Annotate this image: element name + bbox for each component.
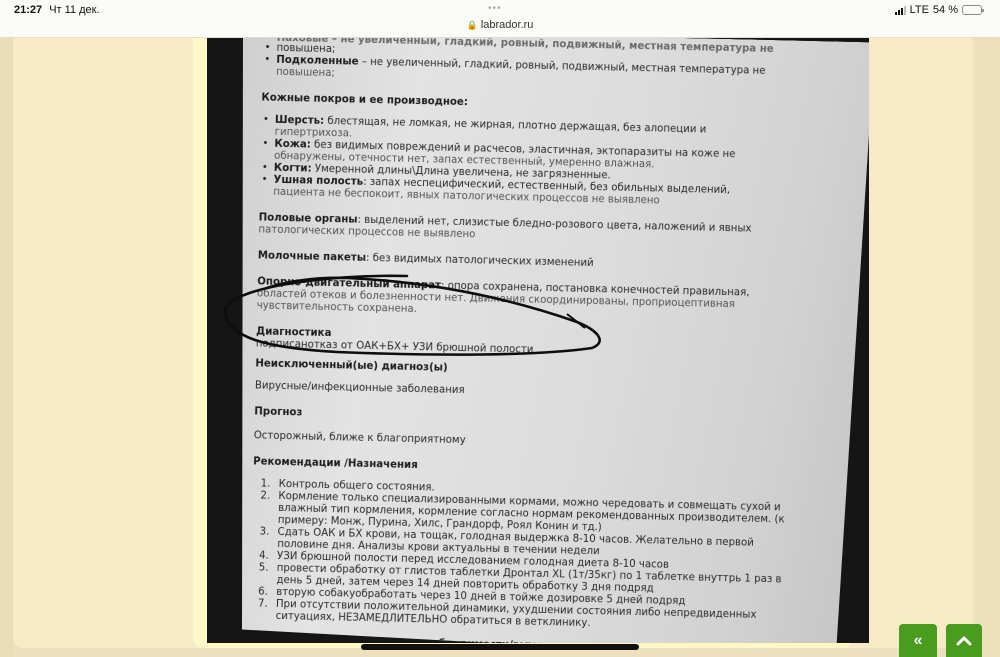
lock-icon: 🔒 (467, 20, 478, 30)
attached-photo[interactable]: Паховые – не увеличенный, гладкий, ровны… (207, 38, 869, 643)
item-number: 5. (259, 562, 269, 574)
double-chevron-left-icon: « (914, 632, 923, 650)
home-indicator[interactable] (361, 644, 639, 650)
right-gutter (973, 38, 1000, 657)
excluded-diagnosis-heading: Неисключенный(ые) диагноз(ы) (255, 358, 815, 383)
genitals-section: Половые органы: выделений нет, слизистые… (258, 212, 818, 249)
diagnostics-section: Диагностикаподписанотказ от ОАК+БХ+ УЗИ … (256, 326, 816, 363)
browser-top-bar: 21:27 Чт 11 дек. ••• 🔒labrador.ru LTE 54… (0, 0, 1000, 38)
vet-report-text: Паховые – не увеличенный, гладкий, ровны… (249, 38, 823, 643)
item-number: 4. (259, 551, 269, 563)
musculoskeletal-section: Опорно-двигательный аппарат: опора сохра… (257, 276, 818, 325)
recommendations-list: 1.Контроль общего состояния.2.Кормление … (250, 478, 813, 635)
date: Чт 11 дек. (49, 4, 99, 16)
skin-heading: Кожные покров и ее производное: (261, 92, 821, 117)
item-number: 7. (258, 598, 268, 610)
paper-sheet: Паховые – не увеличенный, гладкий, ровны… (229, 38, 869, 643)
url-text: labrador.ru (481, 19, 534, 31)
tab-dots-handle[interactable]: ••• (488, 3, 502, 14)
network-type: LTE (910, 4, 929, 16)
status-indicators: LTE 54 % (895, 4, 982, 16)
prognosis-heading: Прогноз (254, 406, 814, 431)
status-time: 21:27 Чт 11 дек. (14, 4, 100, 16)
battery-icon (962, 5, 982, 15)
left-gutter (0, 38, 13, 657)
item-number: 6. (258, 586, 268, 598)
item-number: 1. (261, 479, 271, 491)
back-button[interactable]: « (899, 624, 937, 657)
excluded-diagnosis-text: Вирусные/инфекционные заболевания (255, 380, 815, 405)
prognosis-text: Осторожный, ближе к благоприятному (254, 430, 814, 455)
battery-percent: 54 % (933, 4, 958, 16)
followup-text: Повторный прием – по мере необходимости/… (249, 634, 809, 643)
cellular-signal-icon (895, 6, 906, 15)
scroll-to-top-button[interactable] (946, 624, 982, 657)
address-bar[interactable]: 🔒labrador.ru (0, 19, 1000, 31)
recommendations-heading: Рекомендации /Назначения (253, 456, 813, 481)
item-number: 3. (259, 527, 269, 539)
item-number: 2. (260, 491, 270, 503)
chevron-up-icon (956, 636, 972, 646)
mammary-section: Молочные пакеты: без видимых патологичес… (258, 250, 818, 275)
clock: 21:27 (14, 4, 42, 16)
